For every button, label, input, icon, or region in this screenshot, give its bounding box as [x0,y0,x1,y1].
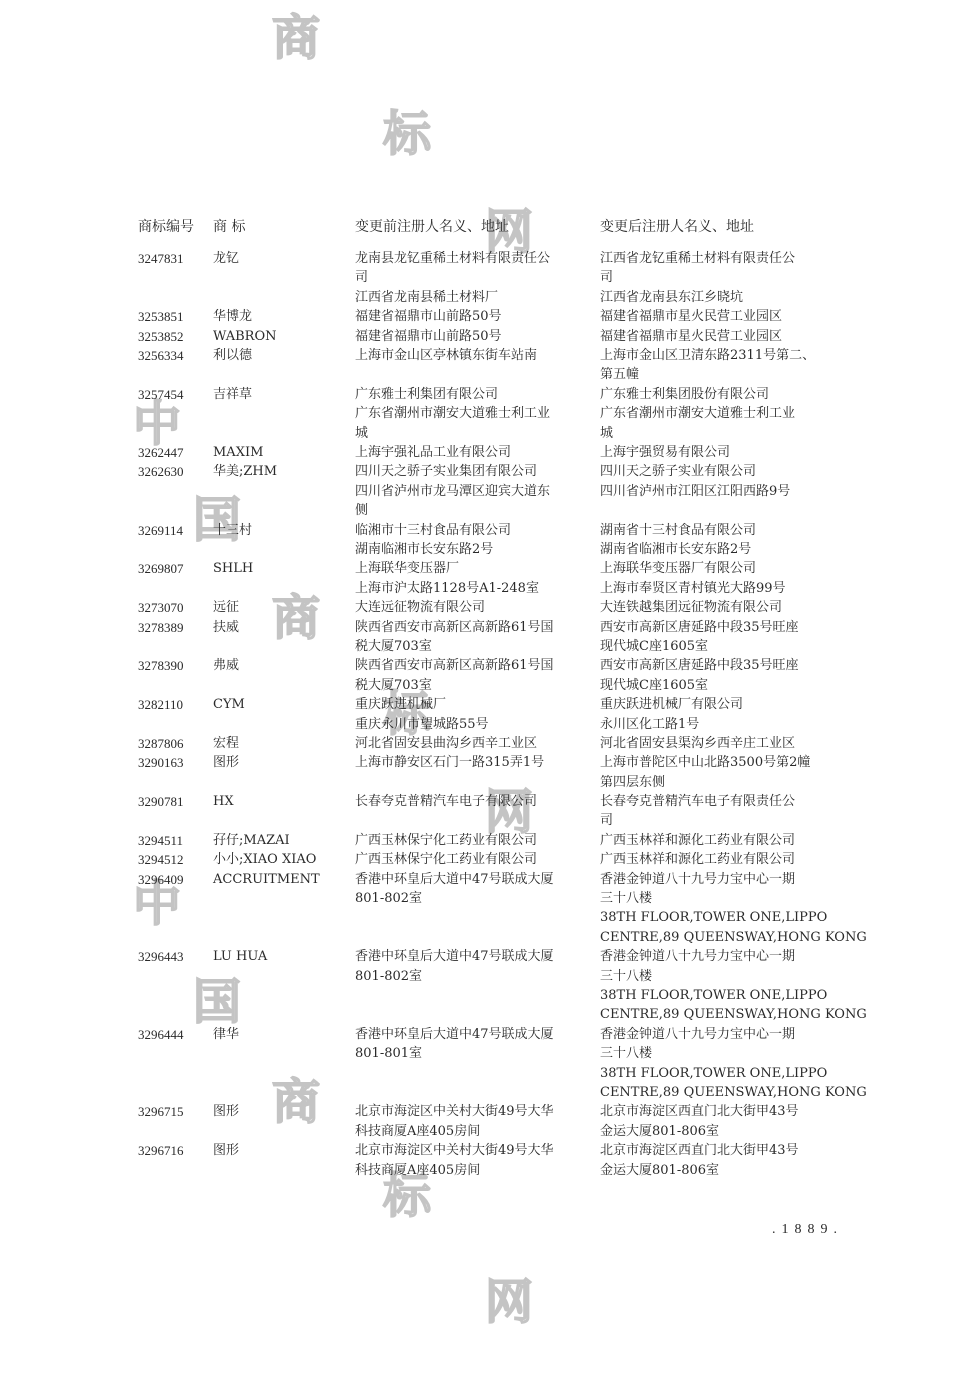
trademark-name: 图形 [213,753,343,772]
registrant-before: 广西玉林保宁化工药业有限公司 [355,831,585,850]
address-line: 城 [355,424,585,443]
watermark-glyph: 网 [485,1276,533,1328]
registrant-after: 上海联华变压器厂有限公司上海市奉贤区青村镇光大路99号 [600,559,835,598]
address-line: 长春夸克普精汽车电子有限责任公 [600,792,835,811]
table-row: 3278389扶威陕西省西安市高新区高新路61号国税大厦703室西安市高新区唐延… [0,618,980,657]
registrant-before: 重庆跃进机械厂重庆永川市望城路55号 [355,695,585,734]
registrant-after: 福建省福鼎市星火民营工业园区 [600,327,835,346]
address-line: 陕西省西安市高新区高新路61号国 [355,618,585,637]
address-line: 38TH FLOOR,TOWER ONE,LIPPO [600,1064,835,1083]
address-line: 税大厦703室 [355,637,585,656]
address-line: 湖南省十三村食品有限公司 [600,521,835,540]
table-row: 3296443LU HUA香港中环皇后大道中47号联成大厦801-802室香港金… [0,947,980,1025]
trademark-number: 3269807 [138,559,210,578]
trademark-number: 3273070 [138,598,210,617]
address-line: 北京市海淀区中关村大街49号大华 [355,1102,585,1121]
registrant-before: 长春夸克普精汽车电子有限公司 [355,792,585,811]
header-before: 变更前注册人名义、地址 [355,216,509,236]
registrant-after: 大连铁越集团远征物流有限公司 [600,598,835,617]
registrant-before: 四川天之骄子实业集团有限公司四川省泸州市龙马潭区迎宾大道东侧 [355,462,585,520]
address-line: 香港中环皇后大道中47号联成大厦 [355,870,585,889]
address-line: 广西玉林保宁化工药业有限公司 [355,850,585,869]
address-line: 四川省泸州市江阳区江阳西路9号 [600,482,835,501]
table-header: 商标编号 商 标 变更前注册人名义、地址 变更后注册人名义、地址 [0,216,980,236]
trademark-name: MAXIM [213,443,343,462]
address-line: 江西省龙南县东江乡晓坑 [600,288,835,307]
table-row: 3296409ACCRUITMENT香港中环皇后大道中47号联成大厦801-80… [0,870,980,948]
trademark-number: 3296443 [138,947,210,966]
address-line: 大连铁越集团远征物流有限公司 [600,598,835,617]
address-line: 香港金钟道八十九号力宝中心一期 [600,870,835,889]
trademark-name: 利以德 [213,346,343,365]
registrant-after: 河北省固安县渠沟乡西辛庄工业区 [600,734,835,753]
address-line: 金运大厦801-806室 [600,1161,835,1180]
trademark-name: HX [213,792,343,811]
registrant-before: 临湘市十三村食品有限公司湖南临湘市长安东路2号 [355,521,585,560]
address-line: 上海市金山区卫清东路2311号第二、 [600,346,835,365]
address-line: 福建省福鼎市星火民营工业园区 [600,327,835,346]
registrant-after: 长春夸克普精汽车电子有限责任公司 [600,792,835,831]
registrant-after: 江西省龙钇重稀土材料有限责任公司江西省龙南县东江乡晓坑 [600,249,835,307]
address-line: 广西玉林保宁化工药业有限公司 [355,831,585,850]
table-row: 3296444律华香港中环皇后大道中47号联成大厦801-801室香港金钟道八十… [0,1025,980,1103]
trademark-number: 3262630 [138,462,210,481]
trademark-name: 远征 [213,598,343,617]
watermark-glyph: 标 [383,108,431,160]
registrant-after: 四川天之骄子实业有限公司四川省泸州市江阳区江阳西路9号 [600,462,835,501]
trademark-name: 吉祥草 [213,385,343,404]
address-line: 广西玉林祥和源化工药业有限公司 [600,831,835,850]
registrant-before: 广东雅士利集团有限公司广东省潮州市潮安大道雅士利工业城 [355,385,585,443]
address-line: 侧 [355,501,585,520]
address-line: 现代城C座1605室 [600,676,835,695]
trademark-name: LU HUA [213,947,343,966]
trademark-name: 孖仔;MAZAI [213,831,343,850]
registrant-before: 河北省固安县曲沟乡西辛工业区 [355,734,585,753]
address-line: 801-802室 [355,889,585,908]
address-line: 上海市沪太路1128号A1-248室 [355,579,585,598]
address-line: 大连远征物流有限公司 [355,598,585,617]
registrant-before: 上海市金山区亭林镇东街车站南 [355,346,585,365]
registrant-before: 福建省福鼎市山前路50号 [355,327,585,346]
table-row: 3290781HX长春夸克普精汽车电子有限公司长春夸克普精汽车电子有限责任公司 [0,792,980,831]
address-line: 税大厦703室 [355,676,585,695]
registrant-before: 广西玉林保宁化工药业有限公司 [355,850,585,869]
table-row: 3282110CYM重庆跃进机械厂重庆永川市望城路55号重庆跃进机械厂有限公司永… [0,695,980,734]
table-row: 3269807SHLH上海联华变压器厂上海市沪太路1128号A1-248室上海联… [0,559,980,598]
trademark-number: 3294511 [138,831,210,850]
registrant-before: 上海市静安区石门一路315弄1号 [355,753,585,772]
address-line: 西安市高新区唐延路中段35号旺座 [600,656,835,675]
registrant-after: 广西玉林祥和源化工药业有限公司 [600,831,835,850]
table-row: 3273070远征大连远征物流有限公司大连铁越集团远征物流有限公司 [0,598,980,617]
address-line: 永川区化工路1号 [600,715,835,734]
address-line: 金运大厦801-806室 [600,1122,835,1141]
registrant-after: 上海宇强贸易有限公司 [600,443,835,462]
table-row: 3294512小小;XIAO XIAO广西玉林保宁化工药业有限公司广西玉林祥和源… [0,850,980,869]
trademark-name: 宏程 [213,734,343,753]
address-line: 北京市海淀区中关村大街49号大华 [355,1141,585,1160]
trademark-number: 3253851 [138,307,210,326]
registrant-after: 上海市金山区卫清东路2311号第二、第五幢 [600,346,835,385]
address-line: 香港中环皇后大道中47号联成大厦 [355,947,585,966]
trademark-number: 3257454 [138,385,210,404]
address-line: 湖南省临湘市长安东路2号 [600,540,835,559]
table-row: 3296715图形北京市海淀区中关村大街49号大华科技商厦A座405房间北京市海… [0,1102,980,1141]
address-line: 北京市海淀区西直门北大街甲43号 [600,1102,835,1121]
trademark-number: 3296715 [138,1102,210,1121]
address-line: 三十八楼 [600,967,835,986]
address-line: 广东雅士利集团股份有限公司 [600,385,835,404]
trademark-number: 3296716 [138,1141,210,1160]
trademark-name: 扶威 [213,618,343,637]
registrant-before: 上海联华变压器厂上海市沪太路1128号A1-248室 [355,559,585,598]
address-line: 司 [600,811,835,830]
address-line: 福建省福鼎市山前路50号 [355,327,585,346]
address-line: 现代城C座1605室 [600,637,835,656]
address-line: 上海联华变压器厂 [355,559,585,578]
trademark-name: 弗威 [213,656,343,675]
trademark-name: 图形 [213,1102,343,1121]
registrant-after: 北京市海淀区西直门北大街甲43号金运大厦801-806室 [600,1102,835,1141]
trademark-number: 3262447 [138,443,210,462]
trademark-number: 3287806 [138,734,210,753]
registrant-after: 福建省福鼎市星火民营工业园区 [600,307,835,326]
trademark-name: ACCRUITMENT [213,870,343,889]
address-line: 城 [600,424,835,443]
trademark-number: 3290781 [138,792,210,811]
address-line: 科技商厦A座405房间 [355,1122,585,1141]
address-line: 香港金钟道八十九号力宝中心一期 [600,1025,835,1044]
trademark-name: 华博龙 [213,307,343,326]
address-line: CENTRE,89 QUEENSWAY,HONG KONG [600,1083,835,1102]
address-line: 上海市奉贤区青村镇光大路99号 [600,579,835,598]
header-after: 变更后注册人名义、地址 [600,216,754,236]
address-line: 重庆跃进机械厂 [355,695,585,714]
table-row: 3294511孖仔;MAZAI广西玉林保宁化工药业有限公司广西玉林祥和源化工药业… [0,831,980,850]
table-row: 3296716图形北京市海淀区中关村大街49号大华科技商厦A座405房间北京市海… [0,1141,980,1180]
registrant-before: 北京市海淀区中关村大街49号大华科技商厦A座405房间 [355,1102,585,1141]
registrant-after: 香港金钟道八十九号力宝中心一期三十八楼38TH FLOOR,TOWER ONE,… [600,947,835,1025]
trademark-number: 3290163 [138,753,210,772]
address-line: 司 [355,268,585,287]
registrant-before: 上海宇强礼品工业有限公司 [355,443,585,462]
trademark-name: 小小;XIAO XIAO [213,850,343,869]
address-line: 司 [600,268,835,287]
registrant-after: 重庆跃进机械厂有限公司永川区化工路1号 [600,695,835,734]
trademark-name: 龙钇 [213,249,343,268]
trademark-number: 3278390 [138,656,210,675]
trademark-number: 3296444 [138,1025,210,1044]
trademark-number: 3269114 [138,521,210,540]
table-row: 3247831龙钇龙南县龙钇重稀土材料有限责任公司江西省龙南县稀土材料厂江西省龙… [0,249,980,307]
registrant-after: 西安市高新区唐延路中段35号旺座现代城C座1605室 [600,618,835,657]
registrant-after: 香港金钟道八十九号力宝中心一期三十八楼38TH FLOOR,TOWER ONE,… [600,870,835,948]
table-row: 3253852WABRON福建省福鼎市山前路50号福建省福鼎市星火民营工业园区 [0,327,980,346]
address-line: 福建省福鼎市星火民营工业园区 [600,307,835,326]
address-line: 西安市高新区唐延路中段35号旺座 [600,618,835,637]
address-line: 四川天之骄子实业有限公司 [600,462,835,481]
address-line: 四川天之骄子实业集团有限公司 [355,462,585,481]
trademark-number: 3247831 [138,249,210,268]
trademark-number: 3296409 [138,870,210,889]
address-line: 湖南临湘市长安东路2号 [355,540,585,559]
address-line: 四川省泸州市龙马潭区迎宾大道东 [355,482,585,501]
address-line: 江西省龙钇重稀土材料有限责任公 [600,249,835,268]
table-row: 3253851华博龙福建省福鼎市山前路50号福建省福鼎市星火民营工业园区 [0,307,980,326]
trademark-name: 律华 [213,1025,343,1044]
trademark-number: 3278389 [138,618,210,637]
table-row: 3256334利以德上海市金山区亭林镇东街车站南上海市金山区卫清东路2311号第… [0,346,980,385]
registrant-before: 龙南县龙钇重稀土材料有限责任公司江西省龙南县稀土材料厂 [355,249,585,307]
trademark-number: 3253852 [138,327,210,346]
registrant-before: 陕西省西安市高新区高新路61号国税大厦703室 [355,618,585,657]
page-number: .1889. [772,1222,843,1238]
address-line: 河北省固安县曲沟乡西辛工业区 [355,734,585,753]
address-line: 三十八楼 [600,1044,835,1063]
address-line: 香港金钟道八十九号力宝中心一期 [600,947,835,966]
address-line: 陕西省西安市高新区高新路61号国 [355,656,585,675]
address-line: 临湘市十三村食品有限公司 [355,521,585,540]
trademark-number: 3294512 [138,850,210,869]
address-line: 广西玉林祥和源化工药业有限公司 [600,850,835,869]
address-line: 广东省潮州市潮安大道雅士利工业 [355,404,585,423]
address-line: 801-801室 [355,1044,585,1063]
address-line: 广东雅士利集团有限公司 [355,385,585,404]
address-line: 重庆永川市望城路55号 [355,715,585,734]
address-line: 上海宇强礼品工业有限公司 [355,443,585,462]
registrant-before: 陕西省西安市高新区高新路61号国税大厦703室 [355,656,585,695]
trademark-name: CYM [213,695,343,714]
registrant-after: 香港金钟道八十九号力宝中心一期三十八楼38TH FLOOR,TOWER ONE,… [600,1025,835,1103]
address-line: 上海市金山区亭林镇东街车站南 [355,346,585,365]
table-row: 3262630华美;ZHM四川天之骄子实业集团有限公司四川省泸州市龙马潭区迎宾大… [0,462,980,520]
table-row: 3290163图形上海市静安区石门一路315弄1号上海市普陀区中山北路3500号… [0,753,980,792]
registrant-after: 湖南省十三村食品有限公司湖南省临湘市长安东路2号 [600,521,835,560]
address-line: 上海宇强贸易有限公司 [600,443,835,462]
address-line: 三十八楼 [600,889,835,908]
address-line: CENTRE,89 QUEENSWAY,HONG KONG [600,1005,835,1024]
address-line: 上海市普陀区中山北路3500号第2幢 [600,753,835,772]
address-line: 香港中环皇后大道中47号联成大厦 [355,1025,585,1044]
address-line: 广东省潮州市潮安大道雅士利工业 [600,404,835,423]
address-line: 福建省福鼎市山前路50号 [355,307,585,326]
address-line: 江西省龙南县稀土材料厂 [355,288,585,307]
registrant-after: 西安市高新区唐延路中段35号旺座现代城C座1605室 [600,656,835,695]
address-line: 第四层东侧 [600,773,835,792]
registrant-before: 香港中环皇后大道中47号联成大厦801-802室 [355,870,585,909]
registrant-after: 北京市海淀区西直门北大街甲43号金运大厦801-806室 [600,1141,835,1180]
address-line: 龙南县龙钇重稀土材料有限责任公 [355,249,585,268]
address-line: 河北省固安县渠沟乡西辛庄工业区 [600,734,835,753]
address-line: 上海市静安区石门一路315弄1号 [355,753,585,772]
address-line: 北京市海淀区西直门北大街甲43号 [600,1141,835,1160]
table-row: 3287806宏程河北省固安县曲沟乡西辛工业区河北省固安县渠沟乡西辛庄工业区 [0,734,980,753]
address-line: 长春夸克普精汽车电子有限公司 [355,792,585,811]
header-mark: 商 标 [213,216,245,236]
registrant-after: 上海市普陀区中山北路3500号第2幢第四层东侧 [600,753,835,792]
address-line: 上海联华变压器厂有限公司 [600,559,835,578]
watermark-glyph: 商 [272,12,320,64]
address-line: 801-802室 [355,967,585,986]
registrant-before: 香港中环皇后大道中47号联成大厦801-801室 [355,1025,585,1064]
trademark-name: 图形 [213,1141,343,1160]
address-line: 38TH FLOOR,TOWER ONE,LIPPO [600,986,835,1005]
registrant-after: 广西玉林祥和源化工药业有限公司 [600,850,835,869]
trademark-change-table: 3247831龙钇龙南县龙钇重稀土材料有限责任公司江西省龙南县稀土材料厂江西省龙… [0,249,980,1180]
address-line: 重庆跃进机械厂有限公司 [600,695,835,714]
registrant-before: 香港中环皇后大道中47号联成大厦801-802室 [355,947,585,986]
registrant-before: 北京市海淀区中关村大街49号大华科技商厦A座405房间 [355,1141,585,1180]
header-number: 商标编号 [138,216,194,236]
address-line: 第五幢 [600,365,835,384]
registrant-after: 广东雅士利集团股份有限公司广东省潮州市潮安大道雅士利工业城 [600,385,835,443]
table-row: 3262447MAXIM上海宇强礼品工业有限公司上海宇强贸易有限公司 [0,443,980,462]
address-line: 38TH FLOOR,TOWER ONE,LIPPO [600,908,835,927]
registrant-before: 福建省福鼎市山前路50号 [355,307,585,326]
table-row: 3269114十三村临湘市十三村食品有限公司湖南临湘市长安东路2号湖南省十三村食… [0,521,980,560]
address-line: CENTRE,89 QUEENSWAY,HONG KONG [600,928,835,947]
trademark-name: 十三村 [213,521,343,540]
address-line: 科技商厦A座405房间 [355,1161,585,1180]
trademark-name: WABRON [213,327,343,346]
table-row: 3257454吉祥草广东雅士利集团有限公司广东省潮州市潮安大道雅士利工业城广东雅… [0,385,980,443]
trademark-number: 3282110 [138,695,210,714]
trademark-name: 华美;ZHM [213,462,343,481]
trademark-name: SHLH [213,559,343,578]
registrant-before: 大连远征物流有限公司 [355,598,585,617]
trademark-number: 3256334 [138,346,210,365]
table-row: 3278390弗威陕西省西安市高新区高新路61号国税大厦703室西安市高新区唐延… [0,656,980,695]
